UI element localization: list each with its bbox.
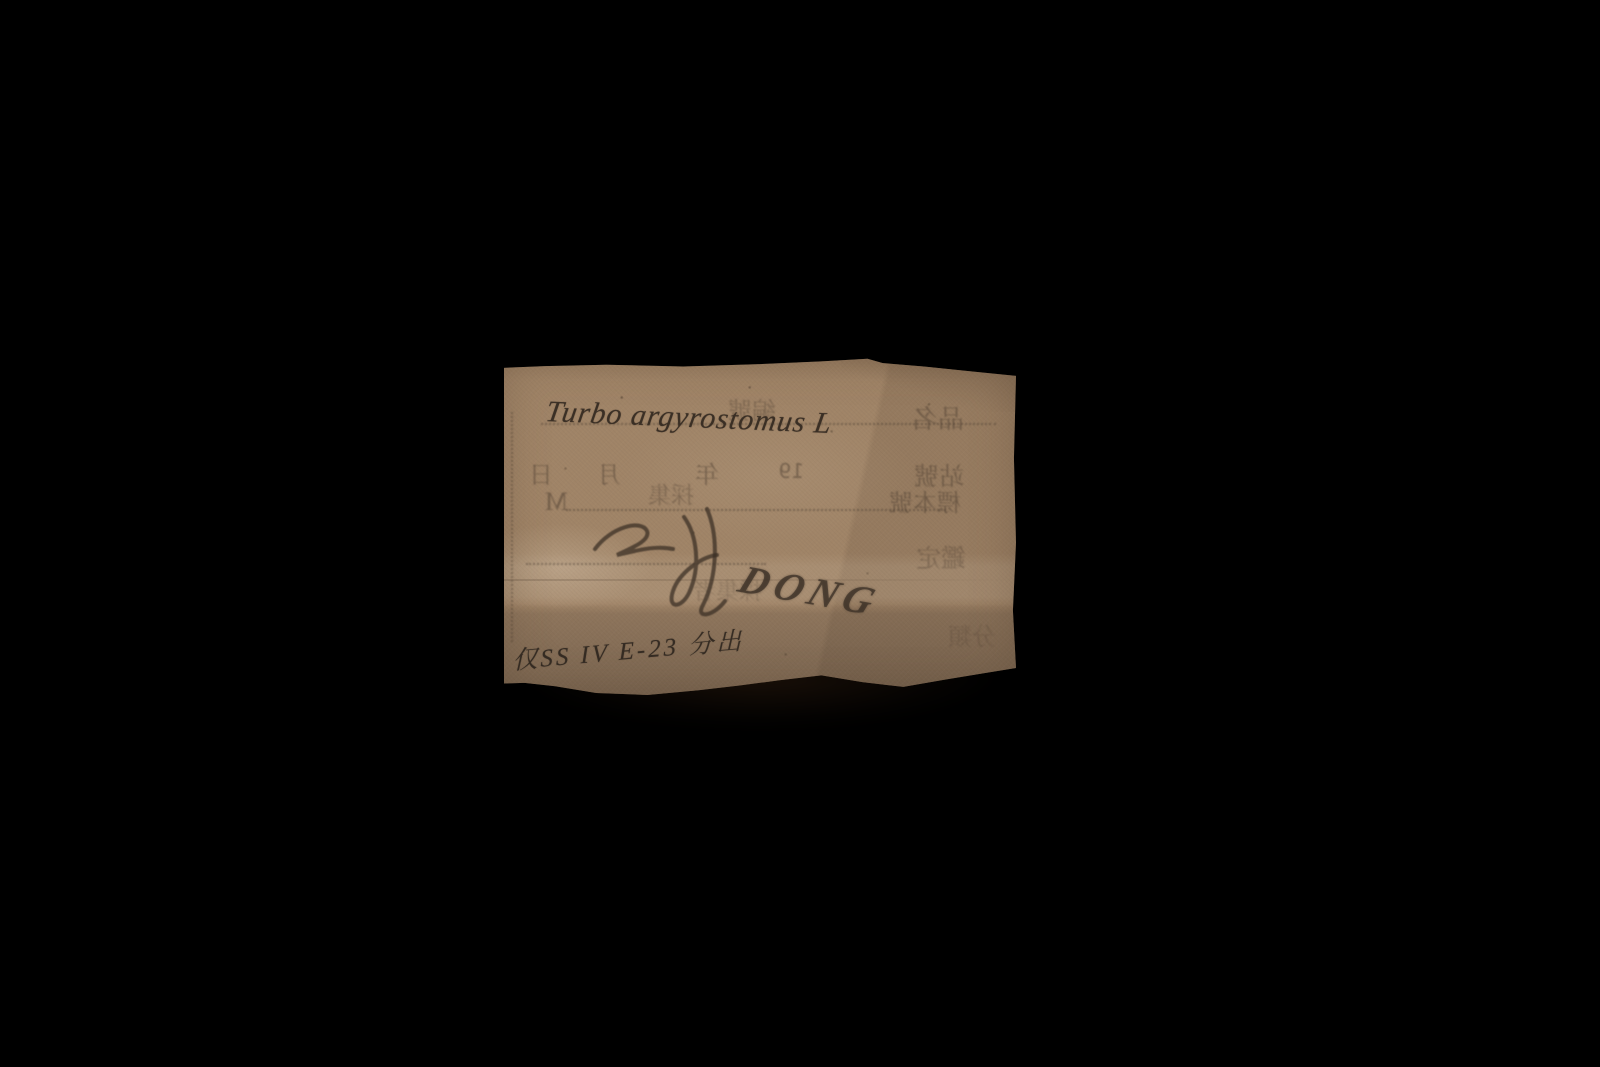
- form-date-year: 年: [695, 455, 719, 490]
- mirrored-printed-form: 品名 編號 站號 19 年 月 日 標本號 採集 M 鑑定 採集者 分類: [504, 357, 1016, 695]
- handwriting-species-name: Turbo argyrostomus L: [543, 395, 835, 441]
- handwriting-station-code: 仅SS IV E-23 分出: [512, 621, 744, 677]
- form-field-serial: 編號: [728, 391, 776, 426]
- form-field-collect: 採集: [648, 477, 694, 510]
- form-date-month: 月: [597, 455, 621, 490]
- form-dotted-border: [511, 412, 513, 642]
- form-field-specimen-no: 標本號: [889, 483, 961, 518]
- paper-texture: [504, 357, 1016, 695]
- photo-background: 品名 編號 站號 19 年 月 日 標本號 採集 M 鑑定 採集者 分類 Tur…: [0, 0, 1600, 1067]
- signature-scribble: [589, 497, 759, 627]
- form-field-identify: 鑑定: [916, 539, 966, 575]
- form-field-station: 站號: [914, 457, 964, 493]
- form-date-day: 日: [529, 455, 553, 490]
- handwriting-layer: Turbo argyrostomus L DONG 仅SS IV E-23 分出: [504, 357, 1016, 695]
- form-dotted-line: [566, 509, 946, 511]
- paper-fold-crease: [841, 357, 1016, 412]
- form-dotted-line: [541, 423, 996, 425]
- form-field-name: 品名: [912, 399, 964, 436]
- form-field-meridiem: M: [545, 487, 568, 517]
- form-dotted-line: [526, 563, 766, 565]
- handwriting-collector-name: DONG: [732, 556, 887, 625]
- form-field-class: 分類: [948, 617, 996, 652]
- specimen-label-paper: 品名 編號 站號 19 年 月 日 標本號 採集 M 鑑定 採集者 分類 Tur…: [504, 357, 1016, 695]
- form-field-collector: 採集者: [693, 573, 762, 606]
- paper-horizontal-crease: [504, 579, 1016, 581]
- form-date-year-prefix: 19: [779, 459, 804, 483]
